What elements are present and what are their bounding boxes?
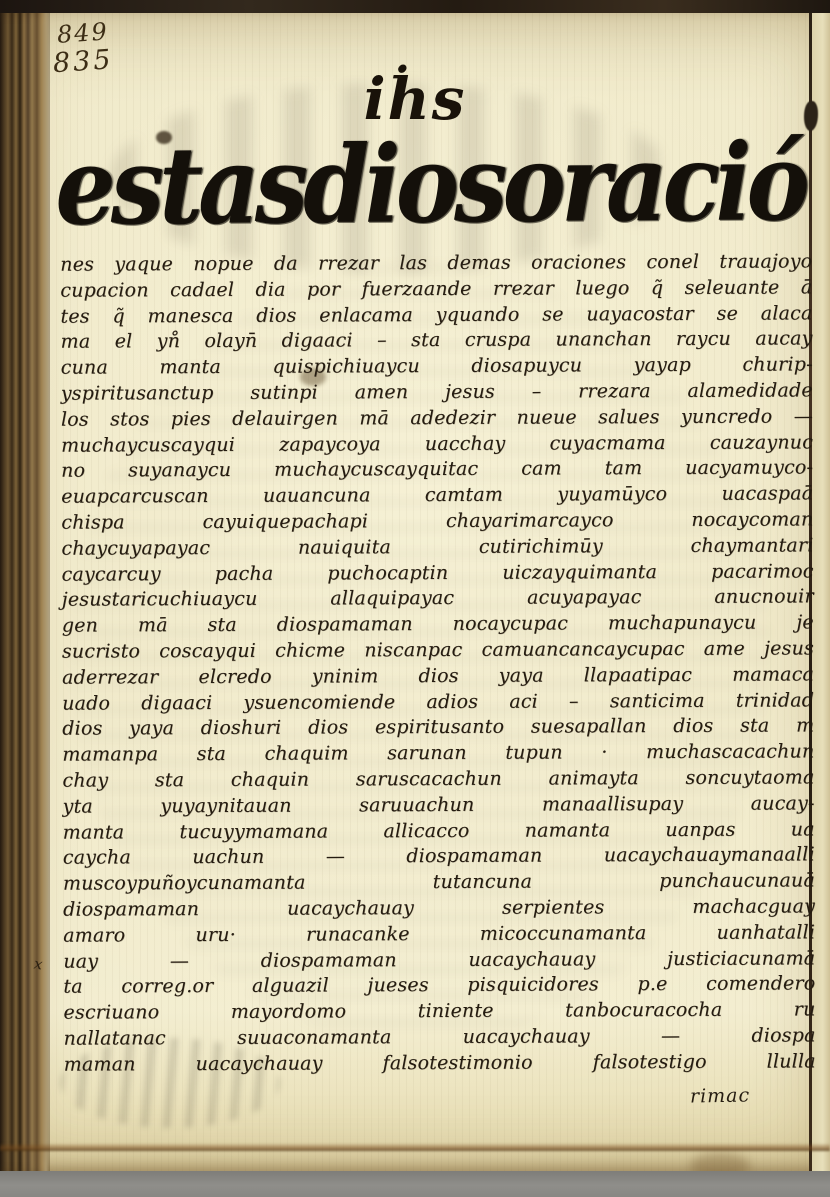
text-line: jesustaricuchiuaycu allaquipayac acuyapa… <box>62 585 814 614</box>
text-line: escriuano mayordomo tiniente tanbocuraco… <box>63 997 815 1026</box>
book-gutter <box>0 13 50 1173</box>
text-line: tes q̃ manesca dios enlacama yquando se … <box>60 301 812 330</box>
text-line: amaro uru· runacanke micoccunamanta uanh… <box>63 920 815 949</box>
paper-stain <box>690 1153 750 1173</box>
text-line: yta yuyaynitauan saruuachun manaallisupa… <box>63 791 815 820</box>
manuscript-text: nes yaque nopue da rrezar las demas orac… <box>60 249 816 1078</box>
manuscript-page: 849 835 iḣs estasdiosoració nes yaque no… <box>0 13 830 1173</box>
text-line: sucristo coscayqui chicme niscanpac camu… <box>62 636 814 665</box>
text-line: chispa cayuiquepachapi chayarimarcayco n… <box>61 507 813 536</box>
text-line: yspiritusanctup sutinpi amen jesus – rre… <box>61 378 813 407</box>
text-line: muchaycuscayqui zapaycoya uacchay cuyacm… <box>61 430 813 459</box>
text-line: chay sta chaquin saruscacachun animayta … <box>62 765 814 794</box>
catchword: rimac <box>690 1084 751 1107</box>
text-line: manta tucuyymamana allicacco namanta uan… <box>63 817 815 846</box>
text-line: diospamaman uacaychauay serpientes macha… <box>63 894 815 923</box>
page-title: estasdiosoració <box>55 120 828 257</box>
page-bottom-edge <box>0 1143 830 1151</box>
folio-number-modern: 849 <box>56 19 112 47</box>
text-line: no suyanaycu muchaycuscayquitac cam tam … <box>61 456 813 485</box>
text-line: chaycuyapayac nauiquita cutirichimūy cha… <box>61 533 813 562</box>
manuscript-photo: 849 835 iḣs estasdiosoració nes yaque no… <box>0 0 830 1197</box>
text-line: mamanpa sta chaquim sarunan tupun · much… <box>62 739 814 768</box>
text-line: uado digaaci ysuencomiende adios aci – s… <box>62 688 814 717</box>
text-line: cuna manta quispichiuaycu diosapuycu yay… <box>61 353 813 382</box>
text-line: nallatanac suuaconamanta uacaychauay — d… <box>64 1023 816 1052</box>
text-line: caycha uachun — diospamaman uacaychauaym… <box>63 843 815 872</box>
text-line: cupacion cadael dia por fuerzaande rreza… <box>60 275 812 304</box>
text-line: gen mā sta diospamaman nocaycupac muchap… <box>62 611 814 640</box>
text-line: uay — diospamaman uacaychauay justiciacu… <box>63 946 815 975</box>
text-line: maman uacaychauay falsotestimonio falsot… <box>64 1049 816 1078</box>
text-line: nes yaque nopue da rrezar las demas orac… <box>60 249 812 278</box>
text-line: ta correg.or alguazil jueses pisquicidor… <box>63 972 815 1001</box>
text-line: dios yaya dioshuri dios espiritusanto su… <box>62 714 814 743</box>
text-line: euapcarcuscan uauancuna camtam yuyamūyco… <box>61 482 813 511</box>
text-line: muscoypuñoycunamanta tutancuna punchaucu… <box>63 868 815 897</box>
text-line: los stos pies delauirgen mā adedezir nue… <box>61 404 813 433</box>
text-line: aderrezar elcredo yninim dios yaya llapa… <box>62 662 814 691</box>
text-line: ma el yn̊ olayn̄ digaaci – sta cruspa un… <box>61 327 813 356</box>
table-surface <box>0 1171 830 1197</box>
text-line: caycarcuy pacha puchocaptin uiczayquiman… <box>62 559 814 588</box>
